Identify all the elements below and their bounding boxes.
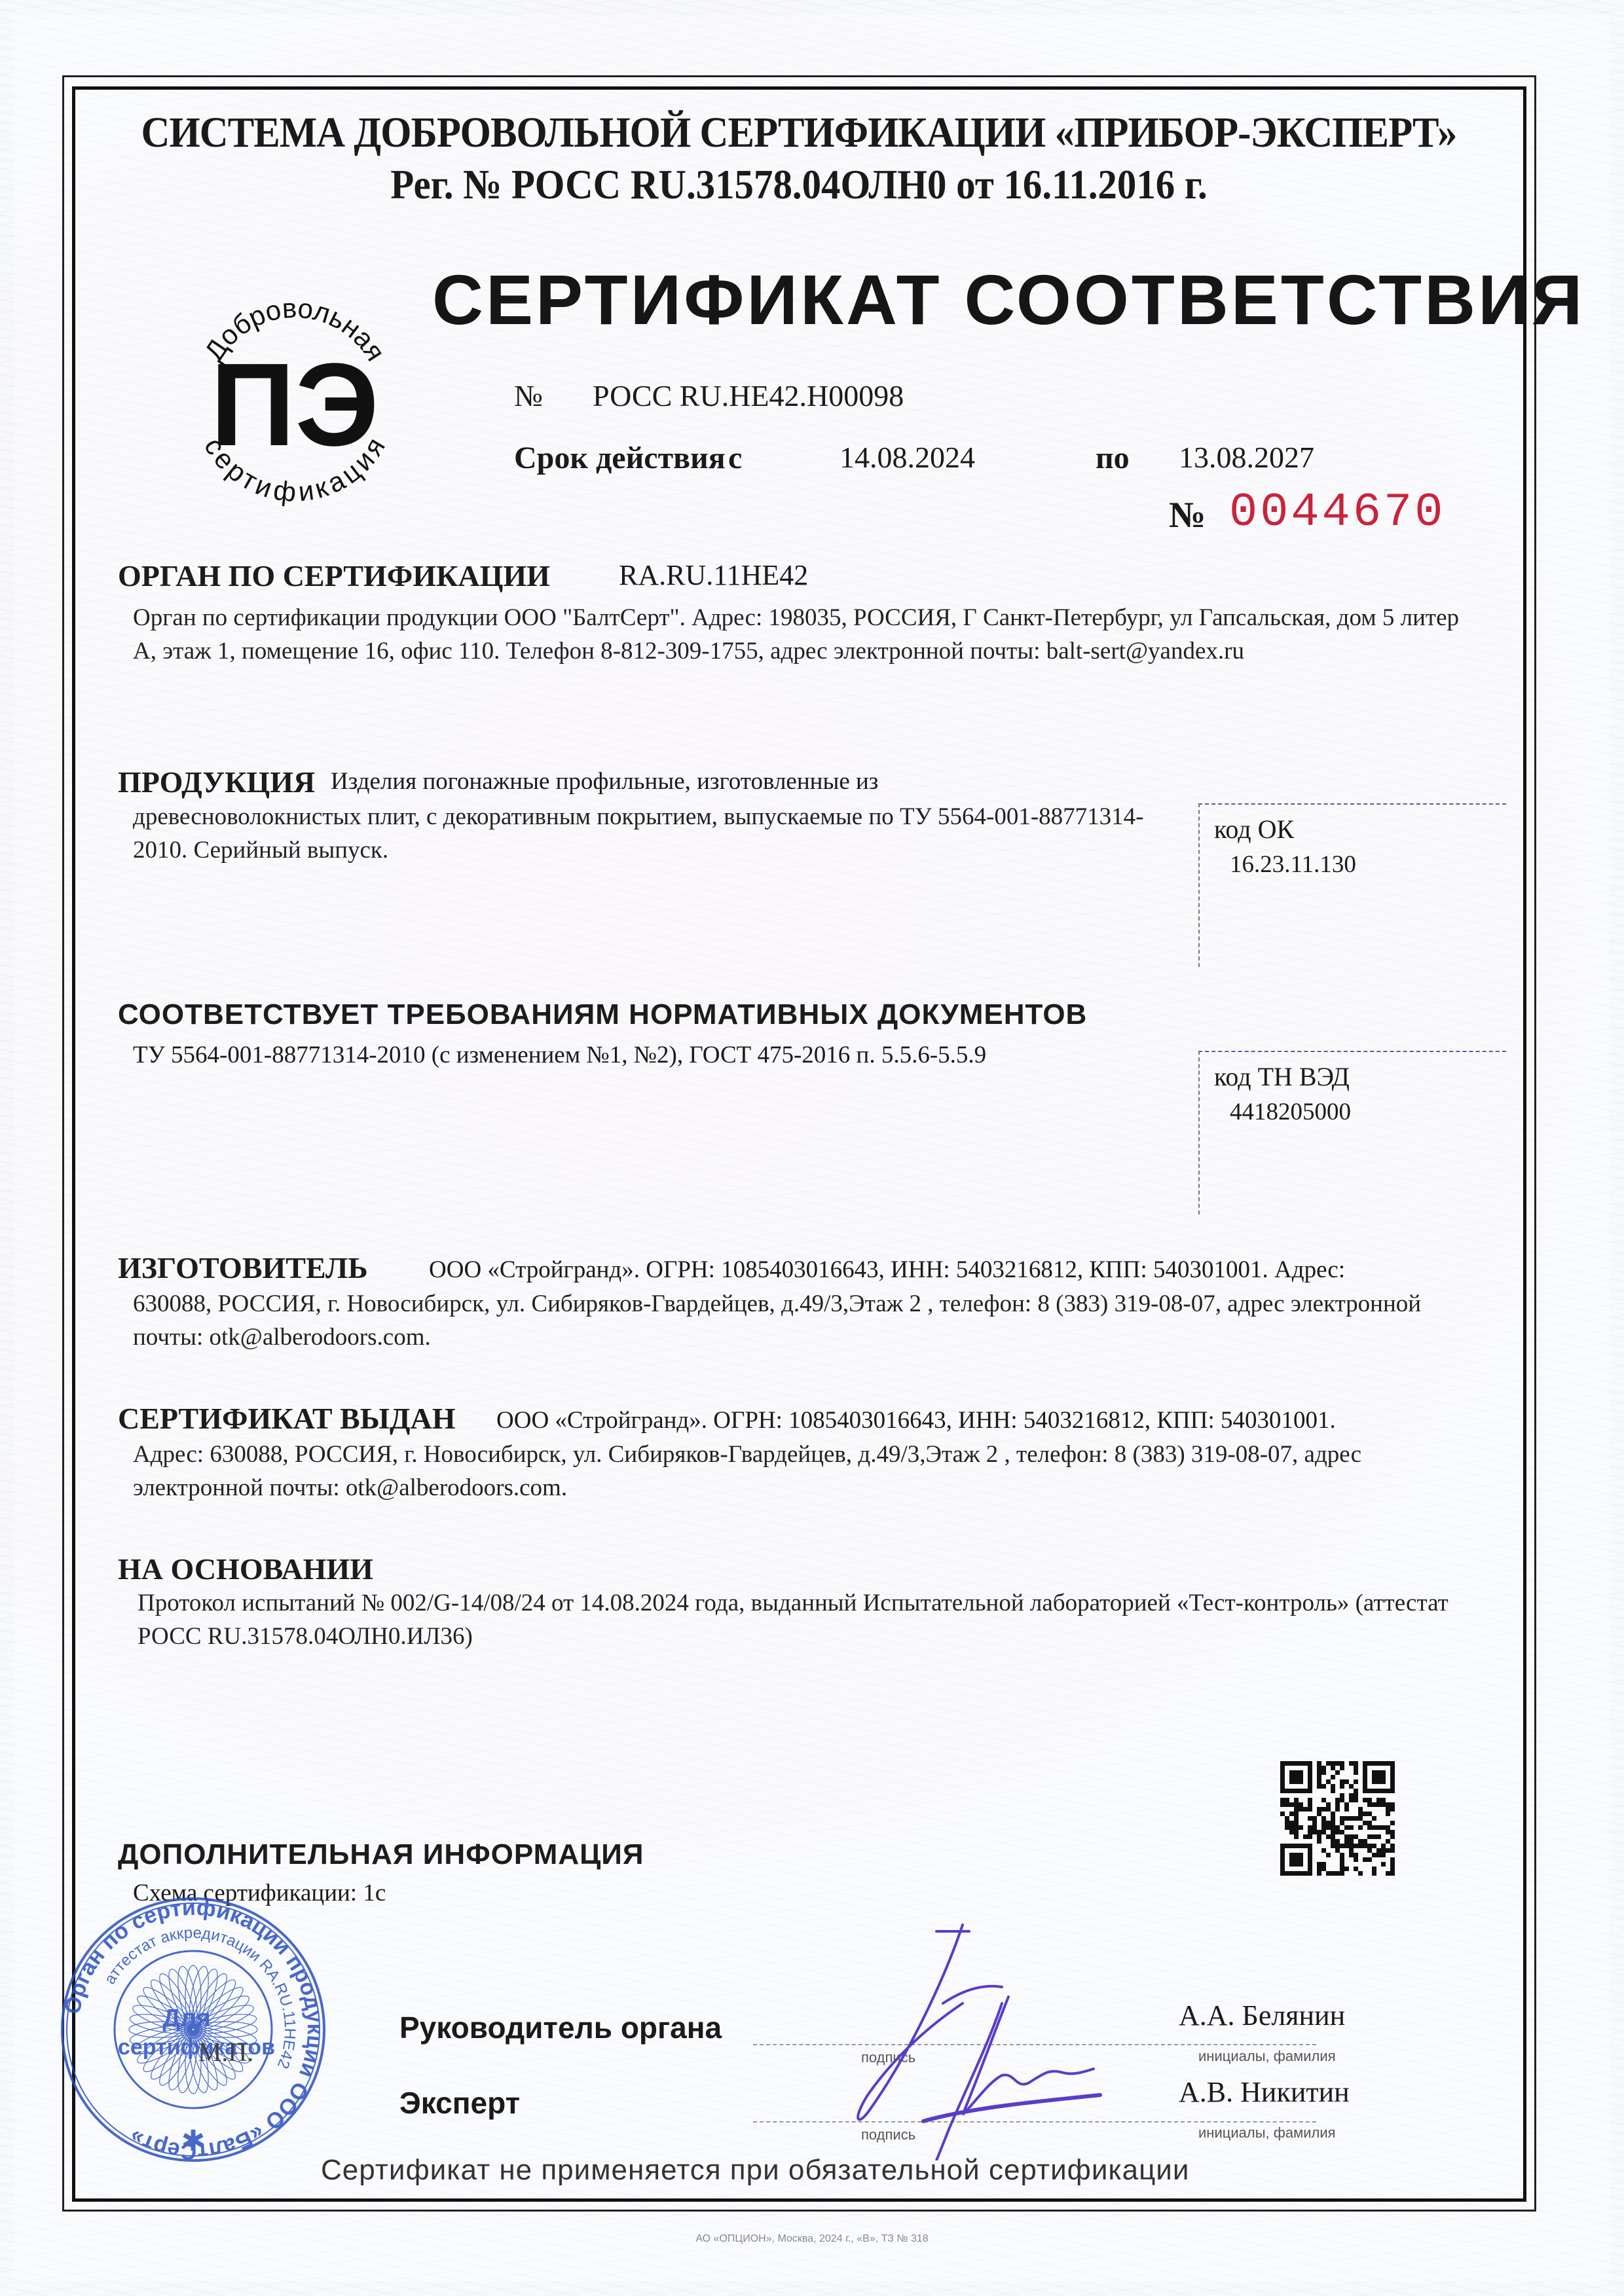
manufacturer-details: 630088, РОССИЯ, г. Новосибирск, ул. Сиби…	[133, 1287, 1495, 1354]
pe-logo: Добровольная ПЭ сертификация	[170, 282, 419, 530]
ok-code-label: код ОК	[1214, 814, 1294, 845]
printer-imprint: АО «ОПЦИОН», Москва, 2024 г., «В», ТЗ № …	[0, 2233, 1624, 2245]
normative-documents: ТУ 5564-001-88771314-2010 (с изменением …	[133, 1041, 986, 1069]
head-role-label: Руководитель органа	[399, 2010, 722, 2045]
certificate-title: СЕРТИФИКАТ СООТВЕТСТВИЯ	[432, 259, 1585, 340]
normative-heading: СООТВЕТСТВУЕТ ТРЕБОВАНИЯМ НОРМАТИВНЫХ ДО…	[118, 998, 1087, 1031]
product-description: древесноволокнистых плит, с декоративным…	[133, 800, 1161, 867]
pe-logo-icon: Добровольная ПЭ сертификация	[170, 282, 419, 530]
additional-info-heading: ДОПОЛНИТЕЛЬНАЯ ИНФОРМАЦИЯ	[118, 1838, 644, 1871]
star-icon: ✱	[181, 2124, 206, 2158]
certification-body-heading: ОРГАН ПО СЕРТИФИКАЦИИ	[118, 558, 550, 593]
stamp-mp-label: М.П.	[198, 2037, 253, 2067]
ok-code-value: 16.23.11.130	[1230, 850, 1356, 879]
head-name-caption: инициалы, фамилия	[1198, 2048, 1336, 2065]
head-name: А.А. Белянин	[1179, 1999, 1345, 2032]
certification-body-details: Орган по сертификации продукции ООО "Бал…	[133, 601, 1488, 668]
product-heading: ПРОДУКЦИЯ	[118, 765, 315, 799]
blank-serial-number: 0044670	[1229, 486, 1445, 539]
issued-to-heading: СЕРТИФИКАТ ВЫДАН	[118, 1401, 456, 1436]
certificate-number: РОСС RU.НЕ42.Н00098	[593, 378, 904, 413]
signature-icon	[753, 1912, 1120, 2160]
footer-note: Сертификат не применяется при обязательн…	[321, 2154, 1189, 2187]
basis-heading: НА ОСНОВАНИИ	[118, 1552, 373, 1586]
issued-to-details-line1: ООО «Стройгранд». ОГРН: 1085403016643, И…	[496, 1406, 1336, 1434]
stamp-center-line1: Для	[162, 2005, 210, 2032]
validity-label: Срок действия	[514, 440, 726, 476]
valid-to-date: 13.08.2027	[1179, 440, 1314, 475]
tnved-code-value: 4418205000	[1230, 1098, 1351, 1126]
expert-name-caption: инициалы, фамилия	[1198, 2124, 1336, 2141]
validity-to-label: по	[1096, 440, 1130, 476]
manufacturer-details-line1: ООО «Стройгранд». ОГРН: 1085403016643, И…	[429, 1256, 1345, 1284]
product-description-line1: Изделия погонажные профильные, изготовле…	[331, 767, 878, 795]
certificate-number-label: №	[514, 378, 543, 413]
handwritten-signatures	[753, 1912, 1120, 2160]
system-title: СИСТЕМА ДОБРОВОЛЬНОЙ СЕРТИФИКАЦИИ «ПРИБО…	[64, 108, 1534, 158]
ok-code-box: код ОК 16.23.11.130	[1198, 803, 1506, 967]
expert-role-label: Эксперт	[399, 2085, 520, 2121]
expert-name: А.В. Никитин	[1179, 2075, 1350, 2109]
validity-from-label: с	[728, 440, 742, 476]
basis-text: Протокол испытаний № 002/G-14/08/24 от 1…	[138, 1586, 1480, 1653]
valid-from-date: 14.08.2024	[840, 440, 975, 475]
stamp-icon: Орган по сертификации продукции ООО «Бал…	[56, 1892, 331, 2167]
tnved-code-box: код ТН ВЭД 4418205000	[1198, 1051, 1506, 1214]
certification-body-code: RA.RU.11НЕ42	[619, 558, 808, 592]
system-registration: Рег. № РОСС RU.31578.04ОЛН0 от 16.11.201…	[64, 160, 1534, 209]
qr-code[interactable]	[1280, 1761, 1395, 1876]
tnved-code-label: код ТН ВЭД	[1214, 1061, 1350, 1092]
qr-code-icon	[1280, 1761, 1395, 1876]
manufacturer-heading: ИЗГОТОВИТЕЛЬ	[118, 1250, 368, 1285]
official-stamp: Орган по сертификации продукции ООО «Бал…	[56, 1892, 331, 2167]
blank-number-label: №	[1169, 494, 1206, 536]
issued-to-details: Адрес: 630088, РОССИЯ, г. Новосибирск, у…	[133, 1438, 1495, 1504]
